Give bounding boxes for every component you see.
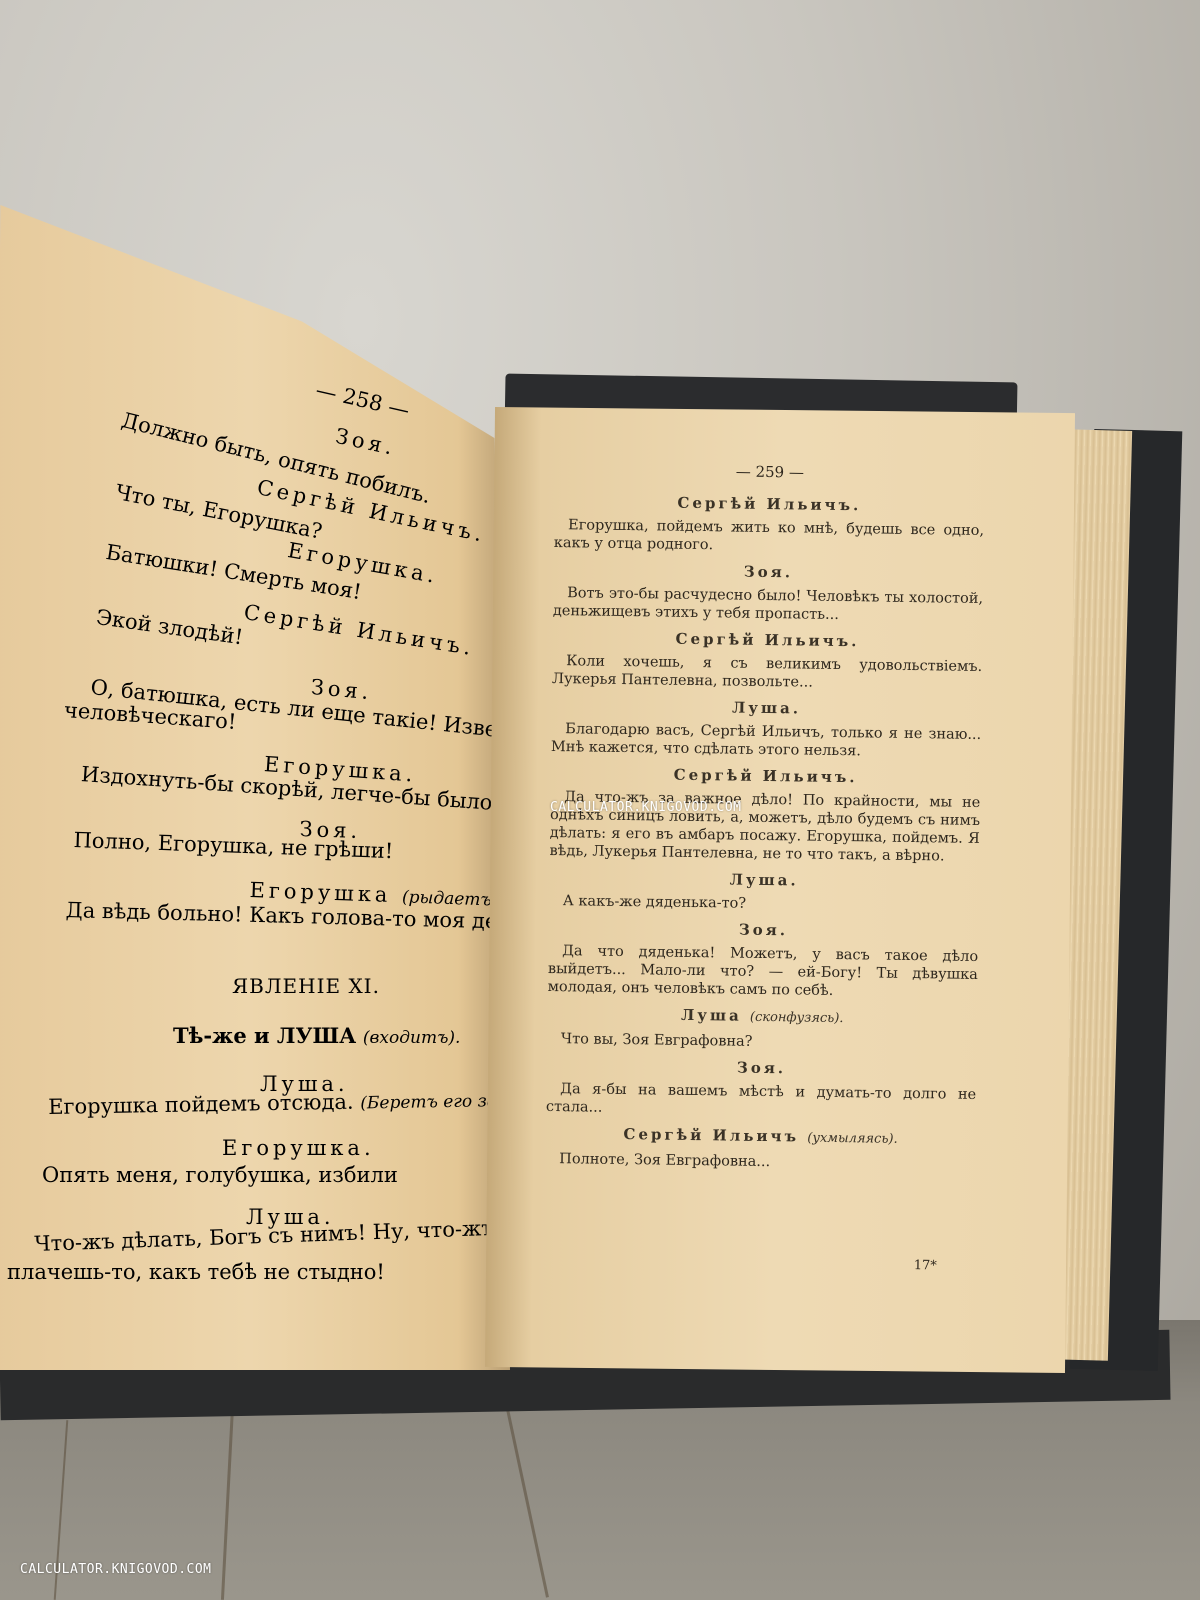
speech-line: плачешь-то, какъ тебѣ не стыдно! — [7, 1260, 385, 1284]
stage-direction: (сконфузясь). — [750, 1010, 844, 1026]
speech-text: Егорушка, пойдемъ жить ко мнѣ, будешь вс… — [554, 516, 984, 558]
speaker-name: Луша. — [549, 868, 979, 892]
speaker-name: Сергѣй Ильичъ (ухмыляясь). — [545, 1124, 975, 1150]
speaker-name: Сергѣй Ильичъ. — [552, 628, 982, 652]
printer-signature: 17* — [914, 1257, 937, 1275]
speaker-name: Егорушка. — [222, 1136, 375, 1160]
watermark-center: CALCULATOR.KNIGOVOD.COM — [550, 800, 742, 815]
right-page-text: — 259 — Сергѣй Ильичъ. Егорушка, пойдемъ… — [545, 460, 985, 1174]
speech-text: Коли хочешь, я съ великимъ удовольствіем… — [552, 652, 982, 694]
speech-text: Вотъ это-бы расчудесно было! Человѣкъ ты… — [553, 584, 983, 626]
speaker-name: Зоя. — [553, 560, 983, 584]
speech-line: Опять меня, голубушка, избили — [42, 1163, 398, 1187]
scene-cast-names: Тѣ-же и ЛУША — [173, 1023, 356, 1048]
speaker-name: Сергѣй Ильичъ. — [554, 492, 984, 516]
speaker-name: Луша. — [551, 696, 981, 720]
speech-text: Да что дяденька! Можетъ, у васъ такое дѣ… — [548, 942, 979, 1002]
speaker-name: Зоя. — [546, 1056, 976, 1080]
speech-text: Что вы, Зоя Евграфовна? — [547, 1030, 977, 1054]
speaker-label: Луша — [681, 1006, 742, 1025]
watermark-bottom-left: CALCULATOR.KNIGOVOD.COM — [20, 1562, 212, 1577]
stage-direction: (входитъ). — [363, 1028, 461, 1048]
stage-direction: (ухмыляясь). — [807, 1131, 898, 1147]
speech-text: Благодарю васъ, Сергѣй Ильичъ, только я … — [551, 720, 981, 762]
scene-heading: ЯВЛЕНІЕ XI. — [232, 974, 380, 998]
speaker-label: Сергѣй Ильичъ — [623, 1125, 799, 1145]
speech-text: Да я-бы на вашемъ мѣстѣ и думать-то долг… — [546, 1080, 976, 1122]
speaker-name: Сергѣй Ильичъ. — [551, 764, 981, 788]
scene-cast: Тѣ-же и ЛУША (входитъ). — [173, 1023, 460, 1048]
speech-text: А какъ-же дяденька-то? — [549, 892, 979, 916]
speaker-name: Зоя. — [548, 918, 978, 942]
speaker-name: Луша (сконфузясь). — [547, 1004, 977, 1030]
